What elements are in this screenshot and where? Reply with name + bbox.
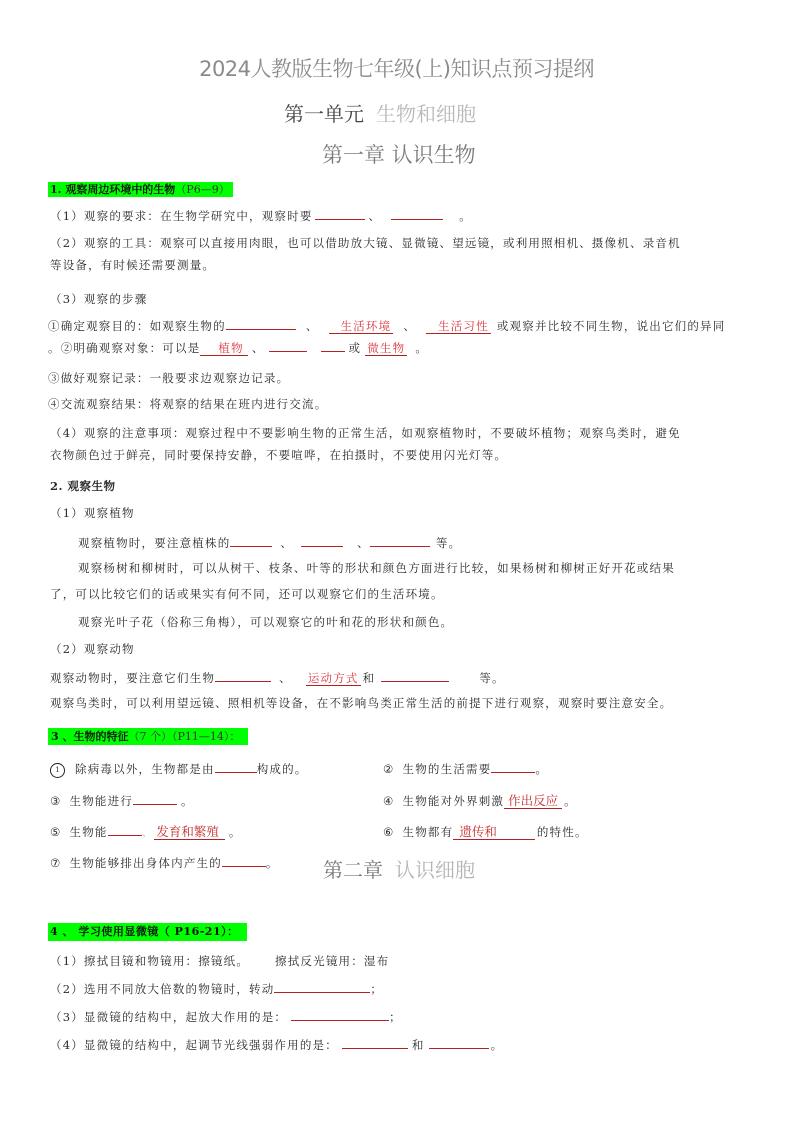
- fill-blank[interactable]: [381, 668, 449, 682]
- text: 、: [252, 341, 265, 355]
- section3-title: 3 、生物的特征: [51, 730, 128, 743]
- section3-heading: 3 、生物的特征（7 个）（P11—14）：: [48, 725, 248, 744]
- text: 构成的。: [257, 762, 308, 776]
- plant-p2-line1: 观察杨树和柳树时，可以从树干、枝条、叶等的形状和颜色方面进行比较，如果杨树和柳树…: [78, 560, 675, 576]
- number-circle-icon: 1: [50, 763, 65, 778]
- text: 。: [415, 341, 428, 355]
- chapter1-heading: 第一章 认识生物: [322, 139, 476, 169]
- text: （1）擦拭目镜和物镜用：擦镜纸。: [50, 954, 249, 968]
- feature-4: ④生物能对外界刺激作出反应。: [383, 791, 577, 809]
- text: 、: [280, 536, 293, 550]
- fill-blank[interactable]: [491, 759, 535, 773]
- answer-text: 发育和繁殖: [154, 824, 225, 840]
- unit-name: 生物和细胞: [376, 102, 476, 126]
- text: 。: [181, 794, 194, 808]
- text: （1）观察的要求：在生物学研究中，观察时要: [50, 209, 313, 223]
- chapter2-name: 认识细胞: [395, 858, 475, 882]
- sec1-p4-line1: （4）观察的注意事项：观察过程中不要影响生物的正常生活，如观察植物时，不要破坏植…: [50, 425, 681, 441]
- fill-blank[interactable]: [108, 822, 142, 836]
- fill-blank[interactable]: [370, 533, 430, 547]
- answer-text: 植物: [200, 341, 247, 356]
- fill-blank[interactable]: [215, 668, 271, 682]
- microscope-line2: （2）选用不同放大倍数的物镜时，转动；: [50, 979, 383, 997]
- text: 、: [142, 825, 155, 839]
- fill-blank[interactable]: [291, 1007, 389, 1021]
- step2-line: 。②明确观察对象：可以是植物、或微生物。: [48, 338, 428, 356]
- text: 生物的生活需要: [403, 762, 492, 776]
- number-marker: ③: [50, 794, 62, 808]
- answer-text: 作出反应: [504, 793, 562, 809]
- text: ①确定观察目的：如观察生物的: [48, 319, 226, 333]
- answer-text: 生活习性: [426, 319, 491, 334]
- fill-blank[interactable]: [230, 533, 272, 547]
- text: 。②明确观察对象：可以是: [48, 341, 200, 355]
- fill-blank[interactable]: [222, 853, 266, 867]
- answer-text: 运动方式: [306, 671, 361, 686]
- answer-text: 生活环境: [329, 319, 394, 334]
- number-marker: ⑦: [50, 856, 62, 870]
- fill-blank[interactable]: [215, 759, 257, 773]
- text: 生物都有: [403, 825, 454, 839]
- section1-heading: 1. 观察周边环境中的生物（P6—9）: [48, 178, 233, 197]
- feature-6: ⑥生物都有遗传和的特性。: [383, 822, 588, 840]
- step4: ④交流观察结果：将观察的结果在班内进行交流。: [48, 396, 327, 412]
- text: 除病毒以外，生物都是由: [75, 762, 215, 776]
- text: 等。: [436, 536, 461, 550]
- feature-7: ⑦生物能够排出身体内产生的。: [50, 853, 279, 871]
- sec1-p2-line2: 等设备，有时候还需要测量。: [50, 257, 215, 273]
- text: 生物能够排出身体内产生的: [70, 856, 222, 870]
- text: 、: [403, 319, 416, 333]
- text: 、: [357, 536, 370, 550]
- sec1-p3: （3）观察的步骤: [50, 291, 147, 307]
- text: 。: [564, 794, 577, 808]
- fill-blank[interactable]: [133, 791, 177, 805]
- fill-blank[interactable]: [342, 1035, 408, 1049]
- microscope-line1: （1）擦拭目镜和物镜用：擦镜纸。擦拭反光镜用：湿布: [50, 953, 389, 969]
- text: 生物能对外界刺激: [403, 794, 505, 808]
- text: 。: [459, 209, 472, 223]
- unit-label: 第一单元: [284, 102, 364, 126]
- text: 、: [369, 209, 382, 223]
- answer-text: 遗传和: [453, 824, 535, 840]
- number-marker: ⑤: [50, 825, 62, 839]
- page-reference: （7 个）（P11—14）：: [128, 730, 240, 743]
- text: （2）选用不同放大倍数的物镜时，转动: [50, 982, 274, 996]
- sec2-sub1: （1）观察植物: [50, 505, 135, 521]
- fill-blank[interactable]: [269, 338, 307, 352]
- fill-blank[interactable]: [226, 316, 296, 330]
- fill-blank[interactable]: [301, 533, 343, 547]
- step3: ③做好观察记录：一般要求边观察边记录。: [48, 370, 289, 386]
- animal-line: 观察动物时，要注意它们生物、运动方式和等。: [50, 668, 505, 686]
- fill-blank[interactable]: [391, 206, 443, 220]
- text: 或: [349, 341, 362, 355]
- step1-line: ①确定观察目的：如观察生物的、生活环境、生活习性或观察并比较不同生物，说出它们的…: [48, 316, 725, 334]
- text: 的特性。: [537, 825, 588, 839]
- section4-heading: 4 、 学习使用显微镜（ P16-21）：: [48, 920, 247, 939]
- text: 等。: [479, 671, 504, 685]
- text: ；: [370, 982, 383, 996]
- feature-1: 1除病毒以外，生物都是由构成的。: [50, 759, 308, 778]
- microscope-line3: （3）显微镜的结构中，起放大作用的是：；: [50, 1007, 402, 1025]
- plant-p3: 观察光叶子花（俗称三角梅），可以观察它的叶和花的形状和颜色。: [78, 614, 453, 630]
- fill-blank[interactable]: [274, 979, 370, 993]
- feature-5: ⑤生物能、发育和繁殖。: [50, 822, 242, 840]
- text: （3）显微镜的结构中，起放大作用的是：: [50, 1010, 287, 1024]
- text: 、: [279, 671, 292, 685]
- microscope-line4: （4）显微镜的结构中，起调节光线强弱作用的是：和。: [50, 1035, 503, 1053]
- text: 。: [491, 1038, 504, 1052]
- text: （4）显微镜的结构中，起调节光线强弱作用的是：: [50, 1038, 338, 1052]
- text: 。: [266, 856, 279, 870]
- highlight-bar: 4 、 学习使用显微镜（ P16-21）：: [48, 923, 247, 941]
- section1-title: 1. 观察周边环境中的生物: [50, 183, 175, 196]
- text: 和: [363, 671, 376, 685]
- page-reference: （P6—9）: [175, 183, 229, 196]
- sec1-p2-line1: （2）观察的工具：观察可以直接用肉眼，也可以借助放大镜、显微镜、望远镜，或利用照…: [50, 235, 681, 251]
- section2-heading: 2. 观察生物: [50, 478, 116, 494]
- fill-blank[interactable]: [321, 338, 345, 352]
- chapter2-label: 第二章: [323, 858, 383, 882]
- fill-blank[interactable]: [429, 1035, 489, 1049]
- text: 观察动物时，要注意它们生物: [50, 671, 215, 685]
- feature-3: ③生物能进行。: [50, 791, 194, 809]
- text: ；: [389, 1010, 402, 1024]
- fill-blank[interactable]: [315, 206, 365, 220]
- text: 或观察并比较不同生物，说出它们的异同: [497, 319, 726, 333]
- sec1-p4-line2: 衣物颜色过于鲜亮，同时要保持安静，不要喧哗，在拍摄时，不要使用闪光灯等。: [50, 447, 507, 463]
- number-marker: ④: [383, 794, 395, 808]
- text: 、: [306, 319, 319, 333]
- plant-p2-line2: 了，可以比较它们的话或果实有何不同，还可以观察它们的生活环境。: [50, 586, 444, 602]
- feature-2: ②生物的生活需要。: [383, 759, 548, 777]
- text: 擦拭反光镜用：湿布: [275, 954, 389, 968]
- chapter2-heading: 第二章认识细胞: [323, 854, 475, 883]
- animal-p2: 观察鸟类时，可以利用望远镜、照相机等设备，在不影响鸟类正常生活的前提下进行观察，…: [50, 695, 672, 711]
- unit-heading: 第一单元生物和细胞: [284, 98, 476, 127]
- text: 。: [535, 762, 548, 776]
- number-marker: ②: [383, 762, 395, 776]
- text: 生物能进行: [70, 794, 134, 808]
- text: 和: [412, 1038, 425, 1052]
- answer-text: 微生物: [365, 341, 407, 356]
- sec1-p1: （1）观察的要求：在生物学研究中，观察时要、。: [50, 206, 472, 224]
- text: 。: [229, 825, 242, 839]
- text: 生物能: [70, 825, 108, 839]
- highlight-bar: 1. 观察周边环境中的生物（P6—9）: [48, 182, 233, 197]
- highlight-bar: 3 、生物的特征（7 个）（P11—14）：: [48, 728, 248, 745]
- plant-line: 观察植物时，要注意植株的、、等。: [78, 533, 461, 551]
- document-title: 2024人教版生物七年级(上)知识点预习提纲: [0, 53, 793, 83]
- text: 观察植物时，要注意植株的: [78, 536, 230, 550]
- sec2-sub2: （2）观察动物: [50, 641, 135, 657]
- number-marker: ⑥: [383, 825, 395, 839]
